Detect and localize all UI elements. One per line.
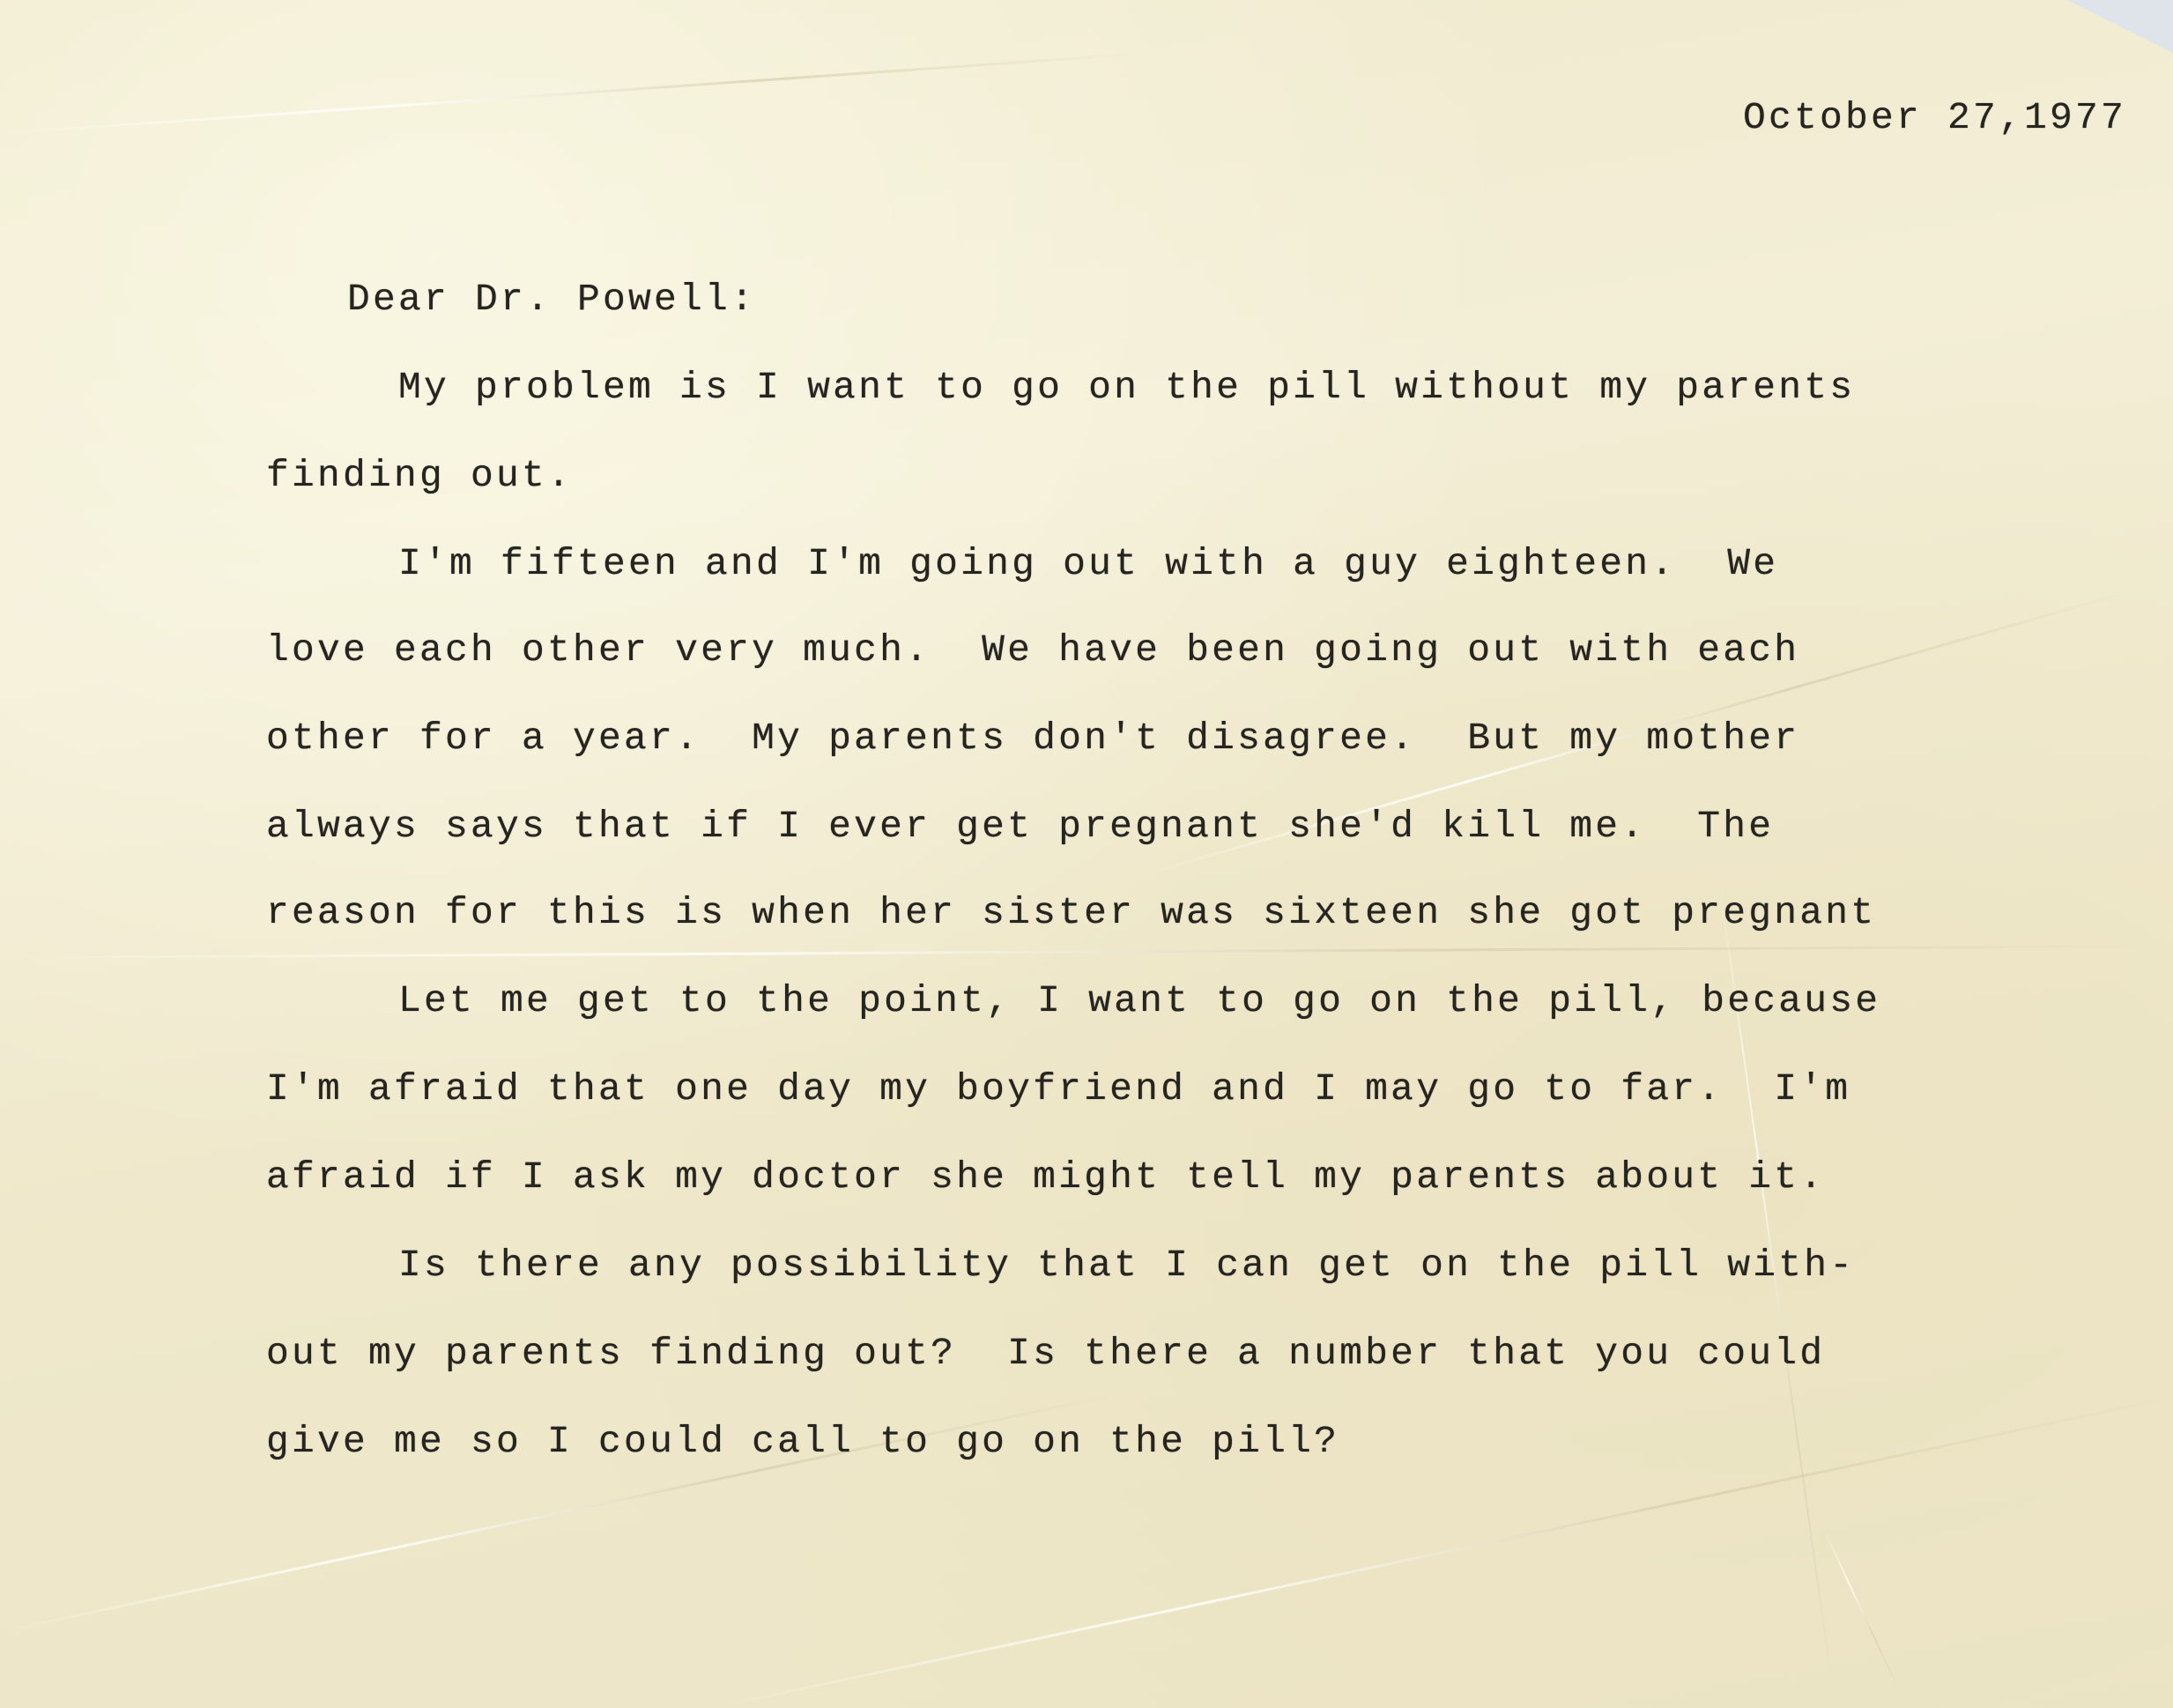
letter-line: finding out. bbox=[266, 457, 573, 494]
torn-corner bbox=[2067, 0, 2173, 53]
crease bbox=[0, 945, 2173, 959]
letter-line: out my parents finding out? Is there a n… bbox=[266, 1334, 1825, 1372]
letter-line: I'm fifteen and I'm going out with a guy… bbox=[398, 545, 1778, 583]
letter-salutation: Dear Dr. Powell: bbox=[347, 280, 756, 318]
crease bbox=[0, 52, 1143, 135]
letter-line: My problem is I want to go on the pill w… bbox=[398, 368, 1855, 406]
letter-line: Is there any possibility that I can get … bbox=[398, 1246, 1855, 1284]
letter-line: reason for this is when her sister was s… bbox=[266, 894, 1876, 932]
crease bbox=[1824, 1532, 1900, 1692]
letter-line: love each other very much. We have been … bbox=[266, 631, 1799, 669]
letter-line: Let me get to the point, I want to go on… bbox=[398, 982, 1880, 1020]
letter-line: other for a year. My parents don't disag… bbox=[266, 719, 1799, 757]
letter-line: I'm afraid that one day my boyfriend and… bbox=[266, 1070, 1850, 1108]
letter-line: always says that if I ever get pregnant … bbox=[266, 807, 1774, 845]
letter-line: afraid if I ask my doctor she might tell… bbox=[266, 1158, 1825, 1196]
letter-line: give me so I could call to go on the pil… bbox=[266, 1422, 1339, 1460]
letter-paper: October 27,1977 Dear Dr. Powell: My prob… bbox=[0, 0, 2173, 1708]
letter-date: October 27,1977 bbox=[1743, 99, 2126, 137]
